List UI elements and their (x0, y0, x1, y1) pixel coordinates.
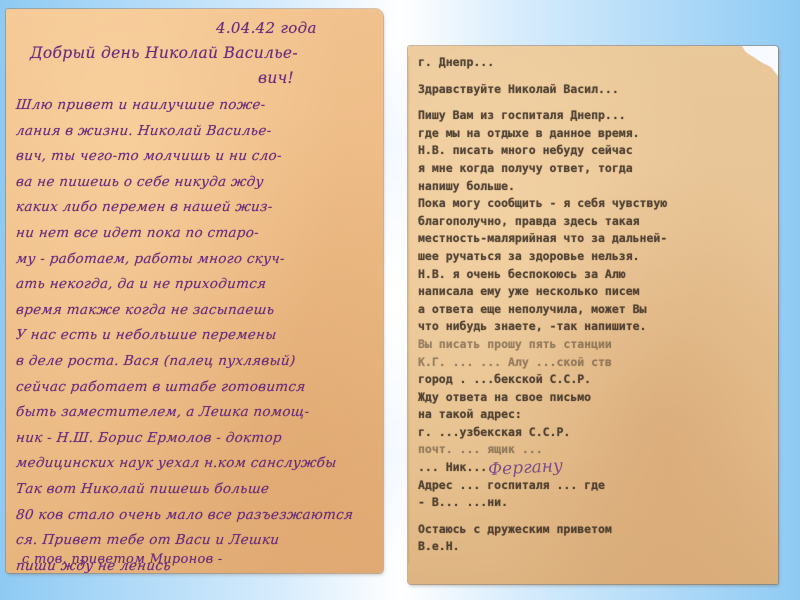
letter-greeting: Добрый день Николай Василье- (30, 44, 298, 62)
letter-line: Шлю привет и наилучшие поже- (15, 93, 380, 119)
torn-corner (742, 46, 778, 76)
letter-line: К.Г. ... ... Алу ...ской ств (418, 354, 667, 372)
letter-line: Пишу Вам из госпиталя Днепр... (418, 107, 667, 125)
letter-line: У нас есть и небольшие перемены (15, 323, 380, 349)
letter-line: быть заместителем, а Лешка помощ- (15, 400, 380, 426)
letter-line: написала ему уже несколько писем (418, 283, 667, 301)
letter-line: ни нет все идет пока по старо- (15, 221, 380, 247)
letter-line: сейчас работает в штабе готовится (15, 375, 380, 401)
letter-line: где мы на отдыхе в данное время. (418, 125, 667, 143)
letter-line: 80 ков стало очень мало все разъезжаются (15, 503, 380, 529)
letter-body: г. Днепр... Здравствуйте Николай Васил..… (418, 54, 667, 556)
letter-line: шее ручаться за здоровье нельзя. (418, 248, 667, 266)
letter-line: что нибудь знаете, -так напишите. (418, 318, 667, 336)
letter-line: благополучно, правда здесь такая (418, 213, 667, 231)
letter-line: а ответа еще неполучила, может Вы (418, 301, 667, 319)
letter-line: - В... ...ни. (418, 494, 667, 512)
letter-greeting-continuation: вич! (258, 69, 294, 87)
letter-line: Вы писать прошу пять станции (418, 336, 667, 354)
letter-line: напишу больше. (418, 178, 667, 196)
letter-line: Так вот Николай пишешь больше (15, 477, 380, 503)
letter-line: г. Днепр... (418, 54, 667, 72)
letter-line: Н.В. писать много небуду сейчас (418, 142, 667, 160)
letter-line: в деле роста. Вася (палец пухлявый) (15, 349, 380, 375)
letter-line: ва не пишешь о себе никуда жду (15, 170, 380, 196)
letter-line: местность-малярийная что за дальней- (418, 230, 667, 248)
handwritten-letter: 4.04.42 года Добрый день Николай Василье… (6, 9, 383, 573)
line-gap (418, 512, 667, 521)
letter-line: Здравствуйте Николай Васил... (418, 81, 667, 99)
line-gap (418, 72, 667, 81)
letter-line: Остаюсь с дружеским приветом (418, 521, 667, 539)
letter-line: ник - Н.Ш. Борис Ермолов - доктор (15, 426, 380, 452)
letter-date: 4.04.42 года (216, 19, 317, 37)
letter-line: Пока могу сообщить - я себя чувствую (418, 195, 667, 213)
letter-line: лания в жизни. Николай Василье- (15, 119, 380, 145)
letter-body: Шлю привет и наилучшие поже- лания в жиз… (16, 93, 378, 573)
line-gap (418, 98, 667, 107)
slide: 4.04.42 года Добрый день Николай Василье… (0, 0, 800, 600)
letter-line: город . ...бекской С.С.Р. (418, 371, 667, 389)
typewritten-letter: г. Днепр... Здравствуйте Николай Васил..… (408, 46, 778, 584)
letter-line: Н.В. я очень беспокоюсь за Алю (418, 266, 667, 284)
letter-line: Адрес ... госпиталя ... где (418, 477, 667, 495)
letter-line: время также когда не засыпаешь (15, 298, 380, 324)
letter-line: ся. Привет тебе от Васи и Лешки (15, 528, 380, 554)
letter-line: Жду ответа на свое письмо (418, 389, 667, 407)
letter-line: я мне когда получу ответ, тогда (418, 160, 667, 178)
handwritten-insert: Фергану (488, 456, 564, 480)
letter-line: г. ...узбекская С.С.Р. (418, 424, 667, 442)
letter-signature: с тов. приветом Миронов - (22, 552, 223, 567)
letter-line: ать некогда, да и не приходится (15, 272, 380, 298)
letter-line: каких либо перемен в нашей жиз- (15, 195, 380, 221)
letter-line: В.е.Н. (418, 538, 667, 556)
letter-line: медицинских наук уехал н.ком санслужбы (15, 451, 380, 477)
letter-line: на такой адрес: (418, 406, 667, 424)
letter-line: му - работаем, работы много скуч- (15, 247, 380, 273)
letter-line: вич, ты чего-то молчишь и ни сло- (15, 144, 380, 170)
